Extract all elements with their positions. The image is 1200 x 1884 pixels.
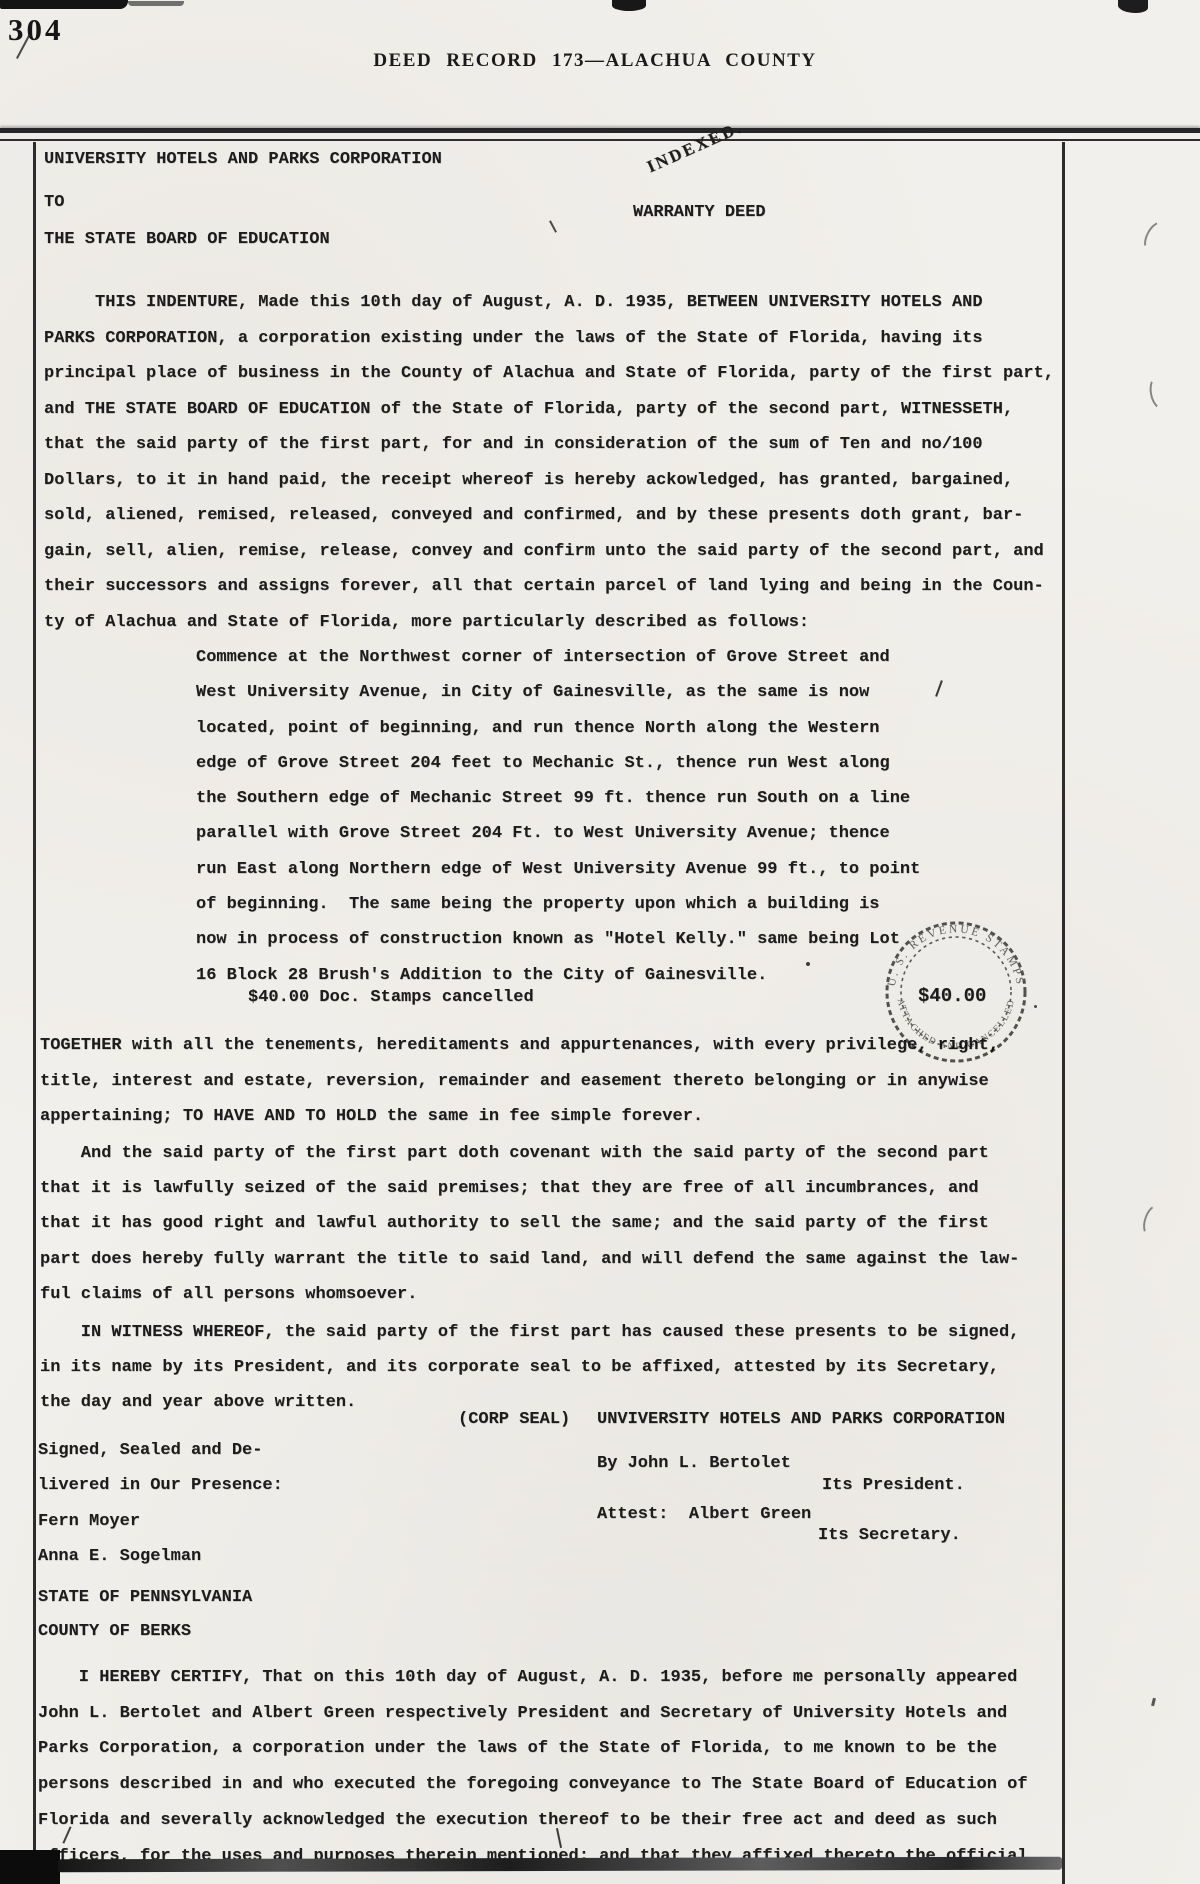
text-line: livered in Our Presence:	[38, 1468, 283, 1503]
text-line: gain, sell, alien, remise, release, conv…	[44, 534, 1054, 570]
text-line: edge of Grove Street 204 feet to Mechani…	[196, 746, 920, 781]
text-line: Florida and severally acknowledged the e…	[38, 1803, 1028, 1839]
scan-artifact	[0, 1850, 60, 1884]
doc-stamps-note: $40.00 Doc. Stamps cancelled	[248, 988, 534, 1007]
scan-artifact	[549, 220, 557, 232]
text-line: PARKS CORPORATION, a corporation existin…	[44, 321, 1054, 357]
scan-artifact	[612, 0, 646, 11]
text-line: persons described in and who executed th…	[38, 1767, 1028, 1803]
president-title: Its President.	[822, 1476, 965, 1495]
text-line: Parks Corporation, a corporation under t…	[38, 1731, 1028, 1767]
text-line: now in process of construction known as …	[196, 922, 920, 957]
secretary-title: Its Secretary.	[818, 1526, 961, 1545]
text-line: and THE STATE BOARD OF EDUCATION of the …	[44, 392, 1054, 428]
covenant-paragraph: And the said party of the first part dot…	[40, 1136, 1019, 1312]
revenue-stamp-seal: U. S. REVENUE STAMPS ATTACHED AND CANCEL…	[880, 916, 1032, 1068]
text-line: I HEREBY CERTIFY, That on this 10th day …	[38, 1660, 1028, 1696]
together-paragraph: TOGETHER with all the tenements, heredit…	[40, 1028, 999, 1135]
caption-to: TO	[44, 193, 64, 212]
attest-signature: Attest: Albert Green	[597, 1505, 811, 1524]
text-line: located, point of beginning, and run the…	[196, 711, 920, 746]
text-line: IN WITNESS WHEREOF, the said party of th…	[40, 1315, 1019, 1350]
text-line: in its name by its President, and its co…	[40, 1350, 1019, 1385]
text-line: appertaining; TO HAVE AND TO HOLD the sa…	[40, 1099, 999, 1135]
deed-record-page: 304 DEED RECORD 173—ALACHUA COUNTY UNIVE…	[0, 0, 1200, 1884]
seal-arc-bottom-text: ATTACHED AND CANCELLED	[895, 998, 1018, 1052]
text-line: John L. Bertolet and Albert Green respec…	[38, 1696, 1028, 1732]
text-line: Anna E. Sogelman	[38, 1539, 283, 1574]
scan-artifact	[128, 1, 184, 6]
corp-seal-note: (CORP SEAL)	[458, 1410, 570, 1429]
president-signature: By John L. Bertolet	[597, 1454, 791, 1473]
text-line: Commence at the Northwest corner of inte…	[196, 640, 920, 675]
text-line: ful claims of all persons whomsoever.	[40, 1277, 1019, 1312]
text-line: their successors and assigns forever, al…	[44, 569, 1054, 605]
notary-state: STATE OF PENNSYLVANIA	[38, 1588, 252, 1607]
text-line: parallel with Grove Street 204 Ft. to We…	[196, 816, 920, 851]
text-line: the Southern edge of Mechanic Street 99 …	[196, 781, 920, 816]
text-line: part does hereby fully warrant the title…	[40, 1242, 1019, 1277]
text-line: THIS INDENTURE, Made this 10th day of Au…	[44, 285, 1054, 321]
indenture-paragraph: THIS INDENTURE, Made this 10th day of Au…	[44, 285, 1054, 640]
text-line: Signed, Sealed and De-	[38, 1433, 283, 1468]
text-line: principal place of business in the Count…	[44, 356, 1054, 392]
scan-artifact	[935, 680, 943, 697]
scan-artifact	[1151, 1698, 1156, 1706]
text-line: TOGETHER with all the tenements, heredit…	[40, 1028, 999, 1064]
seal-arc-top-text: U. S. REVENUE STAMPS	[886, 923, 1026, 987]
text-line: ty of Alachua and State of Florida, more…	[44, 605, 1054, 641]
text-line: title, interest and estate, reversion, r…	[40, 1064, 999, 1100]
text-line: sold, aliened, remised, released, convey…	[44, 498, 1054, 534]
scan-artifact	[1139, 1202, 1169, 1241]
svg-text:U. S. REVENUE STAMPS: U. S. REVENUE STAMPS	[886, 923, 1026, 987]
scan-artifact	[1139, 217, 1173, 256]
text-line: And the said party of the first part dot…	[40, 1136, 1019, 1171]
text-line: West University Avenue, in City of Gaine…	[196, 675, 920, 710]
text-line: that the said party of the first part, f…	[44, 427, 1054, 463]
scan-artifact	[1118, 0, 1148, 13]
scan-artifact	[0, 0, 128, 9]
witness-signatures: Signed, Sealed and De-livered in Our Pre…	[38, 1433, 283, 1575]
grantor-name: UNIVERSITY HOTELS AND PARKS CORPORATION	[44, 150, 442, 169]
header-rule-thin	[0, 139, 1200, 141]
svg-text:ATTACHED AND CANCELLED: ATTACHED AND CANCELLED	[895, 998, 1018, 1052]
right-border-rule	[1062, 142, 1065, 1884]
scan-artifact	[1147, 374, 1174, 411]
document-type-title: WARRANTY DEED	[633, 203, 766, 222]
signing-company-name: UNVIVERSITY HOTELS AND PARKS CORPORATION	[597, 1410, 1005, 1429]
text-line: run East along Northern edge of West Uni…	[196, 852, 920, 887]
page-header: DEED RECORD 173—ALACHUA COUNTY	[0, 50, 1190, 72]
left-border-rule	[33, 142, 36, 1884]
text-line: that it is lawfully seized of the said p…	[40, 1171, 1019, 1206]
text-line: of beginning. The same being the propert…	[196, 887, 920, 922]
witness-paragraph: IN WITNESS WHEREOF, the said party of th…	[40, 1315, 1019, 1421]
header-rule	[0, 128, 1200, 133]
notary-county: COUNTY OF BERKS	[38, 1622, 191, 1641]
text-line: Fern Moyer	[38, 1504, 283, 1539]
page-number: 304	[8, 12, 64, 48]
scan-artifact	[1034, 1005, 1037, 1008]
notary-paragraph: I HEREBY CERTIFY, That on this 10th day …	[38, 1660, 1028, 1874]
text-line: Dollars, to it in hand paid, the receipt…	[44, 463, 1054, 499]
grantee-name: THE STATE BOARD OF EDUCATION	[44, 230, 330, 249]
scan-artifact	[58, 1857, 1062, 1873]
indexed-stamp: INDEXED.	[644, 117, 746, 177]
property-description: Commence at the Northwest corner of inte…	[196, 640, 920, 993]
text-line: that it has good right and lawful author…	[40, 1206, 1019, 1241]
